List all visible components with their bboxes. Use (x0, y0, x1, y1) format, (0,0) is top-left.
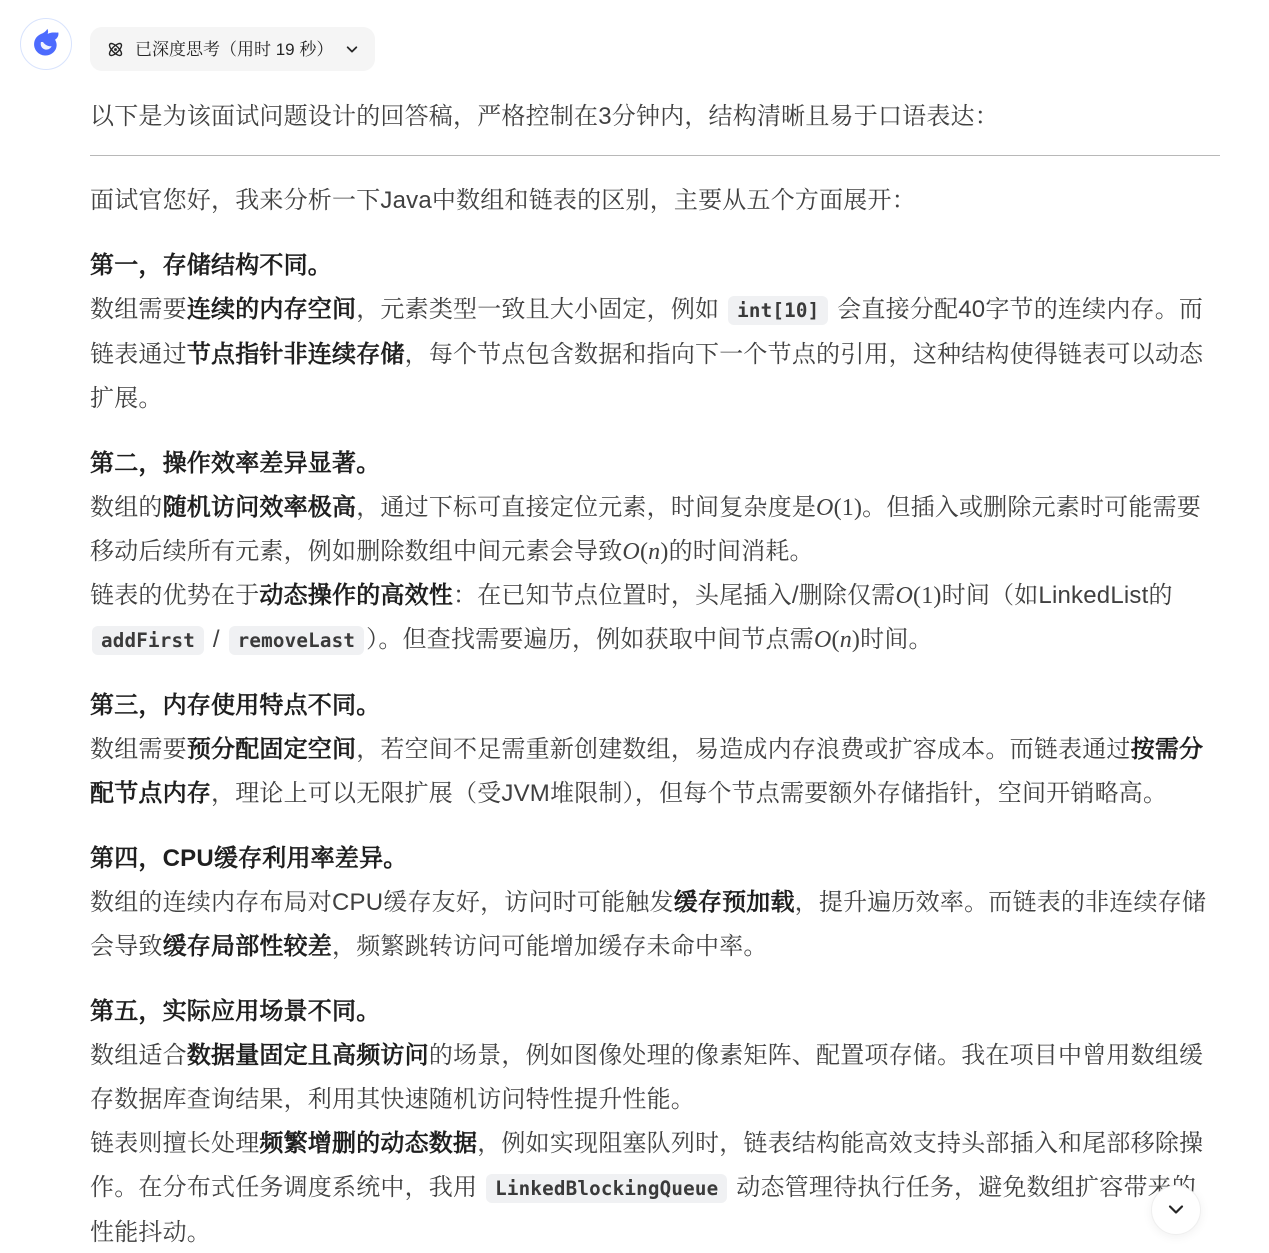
answer-section: 第一，存储结构不同。 数组需要连续的内存空间，元素类型一致且大小固定，例如 in… (90, 244, 1220, 421)
section-paragraphs: 数组的连续内存布局对CPU缓存友好，访问时可能触发缓存预加载，提升遍历效率。而链… (90, 881, 1220, 969)
assistant-avatar (20, 18, 72, 70)
text-segment: ，频繁跳转访问可能增加缓存未命中率。 (332, 933, 768, 960)
paragraph: 数组的连续内存布局对CPU缓存友好，访问时可能触发缓存预加载，提升遍历效率。而链… (90, 881, 1220, 969)
answer-section: 第五，实际应用场景不同。 数组适合数据量固定且高频访问的场景，例如图像处理的像素… (90, 990, 1220, 1253)
text-segment: / (206, 626, 227, 653)
inline-code: LinkedBlockingQueue (486, 1174, 727, 1203)
section-paragraphs: 数组适合数据量固定且高频访问的场景，例如图像处理的像素矩阵、配置项存储。我在项目… (90, 1034, 1220, 1253)
text-segment: 预分配固定空间 (187, 736, 356, 763)
text-segment: 数组需要 (90, 296, 187, 323)
text-segment: 数组的 (90, 494, 163, 521)
text-segment: 链表的优势在于 (90, 582, 259, 609)
section-paragraphs: 数组需要连续的内存空间，元素类型一致且大小固定，例如 int[10] 会直接分配… (90, 288, 1220, 421)
text-segment: n (648, 539, 660, 565)
text-segment: 连续的内存空间 (187, 296, 356, 323)
paragraph: 链表的优势在于动态操作的高效性：在已知节点位置时，头尾插入/删除仅需O(1)时间… (90, 574, 1220, 663)
paragraph: 数组需要预分配固定空间，若空间不足需重新创建数组，易造成内存浪费或扩容成本。而链… (90, 728, 1220, 816)
paragraph: 数组需要连续的内存空间，元素类型一致且大小固定，例如 int[10] 会直接分配… (90, 288, 1220, 421)
text-segment: 动态操作的高效性 (259, 582, 453, 609)
inline-code: removeLast (229, 626, 365, 655)
text-segment: ( (640, 539, 648, 565)
chevron-down-icon (345, 42, 359, 56)
text-segment: ，若空间不足需重新创建数组，易造成内存浪费或扩容成本。而链表通过 (356, 736, 1130, 763)
text-segment: ( (832, 627, 840, 653)
paragraph: 数组的随机访问效率极高，通过下标可直接定位元素，时间复杂度是O(1)。但插入或删… (90, 486, 1220, 574)
text-segment: ：在已知节点位置时，头尾插入/删除仅需 (453, 582, 895, 609)
section-heading: 第四，CPU缓存利用率差异。 (90, 837, 1220, 881)
text-segment: 时间。 (860, 626, 933, 653)
text-segment: ) (852, 627, 860, 653)
deep-think-toggle[interactable]: 已深度思考（用时 19 秒） (90, 27, 375, 71)
divider (90, 155, 1220, 156)
scroll-to-bottom-button[interactable] (1151, 1185, 1201, 1235)
section-paragraphs: 数组的随机访问效率极高，通过下标可直接定位元素，时间复杂度是O(1)。但插入或删… (90, 486, 1220, 663)
text-segment: 数据量固定且高频访问 (187, 1042, 429, 1069)
text-segment: 时间（如LinkedList的 (942, 582, 1173, 609)
answer-section: 第四，CPU缓存利用率差异。 数组的连续内存布局对CPU缓存友好，访问时可能触发… (90, 837, 1220, 969)
section-heading: 第五，实际应用场景不同。 (90, 990, 1220, 1034)
section-paragraphs: 数组需要预分配固定空间，若空间不足需重新创建数组，易造成内存浪费或扩容成本。而链… (90, 728, 1220, 816)
text-segment: ) (660, 539, 668, 565)
chevron-down-icon (1164, 1197, 1188, 1224)
text-segment: 的时间消耗。 (669, 538, 814, 565)
text-segment: 缓存预加载 (674, 889, 795, 916)
text-segment: O (622, 539, 640, 565)
text-segment: n (840, 627, 852, 653)
markdown-body: 以下是为该面试问题设计的回答稿，严格控制在3分钟内，结构清晰且易于口语表达： 面… (90, 95, 1220, 1253)
section-heading: 第二，操作效率差异显著。 (90, 442, 1220, 486)
text-segment: 缓存局部性较差 (163, 933, 332, 960)
text-segment: 频繁增删的动态数据 (259, 1130, 477, 1157)
intro-paragraph: 以下是为该面试问题设计的回答稿，严格控制在3分钟内，结构清晰且易于口语表达： (90, 95, 1220, 139)
text-segment: ，元素类型一致且大小固定，例如 (356, 296, 726, 323)
text-segment: ，理论上可以无限扩展（受JVM堆限制），但每个节点需要额外存储指针，空间开销略高… (211, 780, 1167, 807)
deepseek-whale-icon (29, 25, 63, 64)
text-segment: O (895, 583, 913, 609)
atom-icon (106, 40, 125, 59)
section-heading: 第三，内存使用特点不同。 (90, 684, 1220, 728)
answer-section: 第三，内存使用特点不同。 数组需要预分配固定空间，若空间不足需重新创建数组，易造… (90, 684, 1220, 816)
text-segment: 数组的连续内存布局对CPU缓存友好，访问时可能触发 (90, 889, 674, 916)
sections: 第一，存储结构不同。 数组需要连续的内存空间，元素类型一致且大小固定，例如 in… (90, 244, 1220, 1253)
paragraph: 数组适合数据量固定且高频访问的场景，例如图像处理的像素矩阵、配置项存储。我在项目… (90, 1034, 1220, 1122)
answer-section: 第二，操作效率差异显著。 数组的随机访问效率极高，通过下标可直接定位元素，时间复… (90, 442, 1220, 663)
text-segment: O (816, 495, 834, 521)
assistant-message: 已深度思考（用时 19 秒） 以下是为该面试问题设计的回答稿，严格控制在3分钟内… (0, 0, 1269, 1253)
text-segment: 数组适合 (90, 1042, 187, 1069)
text-segment: (1) (834, 495, 863, 521)
text-segment: O (814, 627, 832, 653)
paragraph: 链表则擅长处理频繁增删的动态数据，例如实现阻塞队列时，链表结构能高效支持头部插入… (90, 1122, 1220, 1253)
text-segment: 数组需要 (90, 736, 187, 763)
deep-think-label: 已深度思考（用时 19 秒） (135, 41, 333, 58)
section-heading: 第一，存储结构不同。 (90, 244, 1220, 288)
text-segment: (1) (913, 583, 942, 609)
text-segment: 随机访问效率极高 (163, 494, 357, 521)
inline-code: addFirst (92, 626, 204, 655)
inline-code: int[10] (728, 296, 828, 325)
text-segment: ，通过下标可直接定位元素，时间复杂度是 (356, 494, 816, 521)
text-segment: ）。但查找需要遍历，例如获取中间节点需 (366, 626, 814, 653)
greeting-paragraph: 面试官您好，我来分析一下Java中数组和链表的区别，主要从五个方面展开： (90, 179, 1220, 223)
text-segment: 节点指针非连续存储 (187, 341, 405, 368)
text-segment: 链表则擅长处理 (90, 1130, 259, 1157)
